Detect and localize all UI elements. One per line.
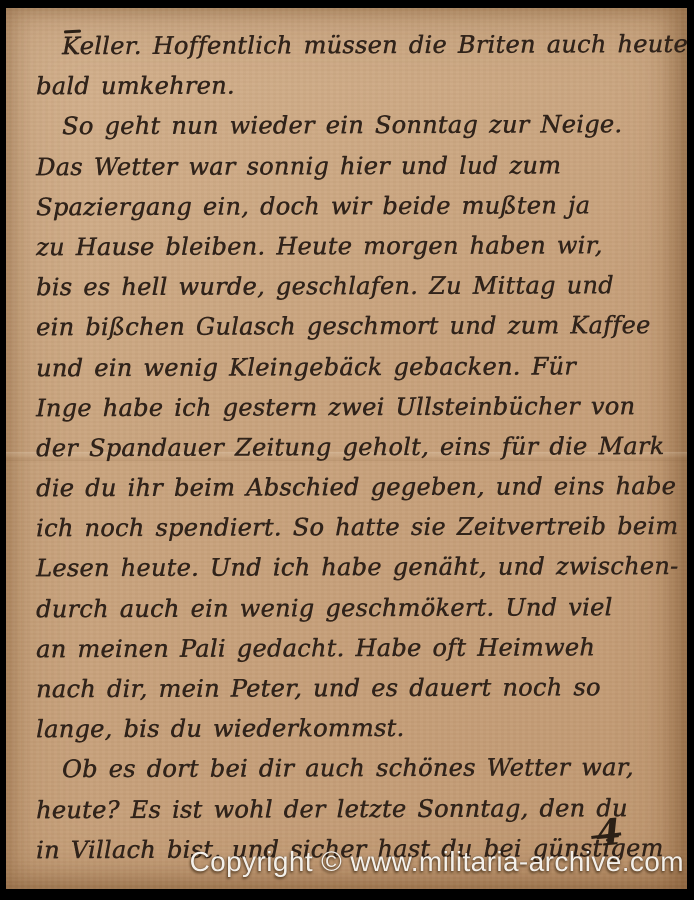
scan-frame: Keller. Hoffentlich müssen die Briten au… [0,0,694,900]
handwriting-line: der Spandauer Zeitung geholt, eins für d… [36,426,681,468]
handwriting-line: Ob es dort bei dir auch schönes Wetter w… [36,747,681,789]
handwriting-line: und ein wenig Kleingebäck gebacken. Für [36,345,681,387]
handwriting-line: zu Hause bleiben. Heute morgen haben wir… [36,225,681,267]
handwriting-line: die du ihr beim Abschied gegeben, und ei… [36,466,681,508]
letter-body: Keller. Hoffentlich müssen die Briten au… [36,25,681,869]
handwriting-line: Das Wetter war sonnig hier und lud zum [36,144,681,186]
letter-page: Keller. Hoffentlich müssen die Briten au… [6,8,687,889]
handwriting-line: ich noch spendiert. So hatte sie Zeitver… [36,506,681,548]
handwriting-line: durch auch ein wenig geschmökert. Und vi… [36,586,681,628]
handwriting-line: Inge habe ich gestern zwei Ullsteinbüche… [36,386,681,428]
handwriting-line: Spaziergang ein, doch wir beide mußten j… [36,185,681,227]
handwriting-line: bis es hell wurde, geschlafen. Zu Mittag… [36,265,681,307]
handwriting-line: ein bißchen Gulasch geschmort und zum Ka… [36,305,681,347]
handwriting-line: nach dir, mein Peter, und es dauert noch… [36,667,681,709]
handwriting-line: Lesen heute. Und ich habe genäht, und zw… [36,546,681,588]
handwriting-line: bald umkehren. [36,64,681,106]
handwriting-line: lange, bis du wiederkommst. [36,707,681,749]
handwriting-line: heute? Es ist wohl der letzte Sonntag, d… [36,787,681,829]
copyright-watermark: Copyright © www.militaria-archive.com [190,846,684,878]
handwriting-line: So geht nun wieder ein Sonntag zur Neige… [36,104,681,146]
handwriting-line: an meinen Pali gedacht. Habe oft Heimweh [36,627,681,669]
handwriting-line: Keller. Hoffentlich müssen die Briten au… [36,24,681,66]
